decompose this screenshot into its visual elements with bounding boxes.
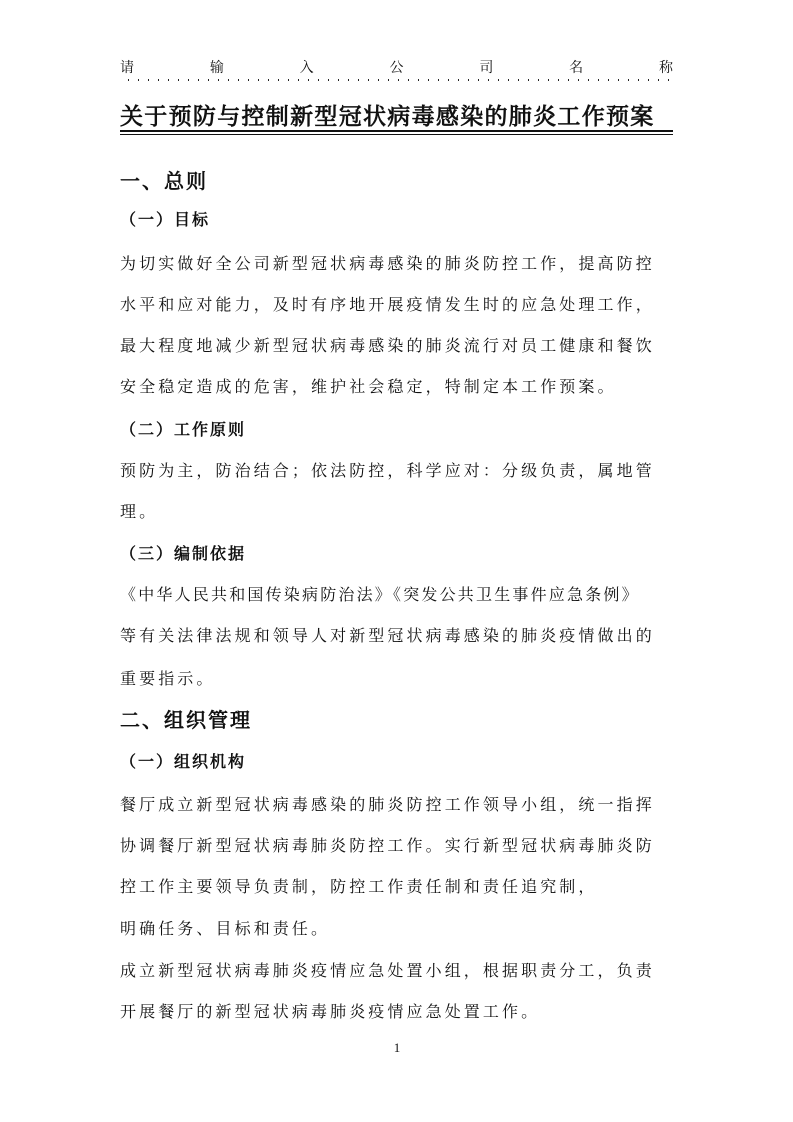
subsection-heading: （一）目标 <box>120 209 210 231</box>
body-line: 理。 <box>120 501 158 523</box>
header-char: 入 <box>300 58 314 78</box>
section-heading: 二、组织管理 <box>120 707 252 733</box>
header-char: 称 <box>659 58 673 78</box>
subsection-heading: （一）组织机构 <box>120 751 246 773</box>
document-title: 关于预防与控制新型冠状病毒感染的肺炎工作预案 <box>120 102 673 132</box>
subsection-heading: （二）工作原则 <box>120 419 246 441</box>
body-line: 安全稳定造成的危害，维护社会稳定，特制定本工作预案。 <box>120 376 617 398</box>
body-line: 协调餐厅新型冠状病毒肺炎防控工作。实行新型冠状病毒肺炎防 <box>120 835 655 857</box>
title-underline-thick <box>120 130 673 132</box>
body-line: 控工作主要领导负责制，防控工作责任制和责任追究制， <box>120 876 598 898</box>
subsection-heading: （三）编制依据 <box>120 543 246 565</box>
page-header-company-name: 请 输 入 公 司 名 称 <box>120 58 673 78</box>
body-line: 明确任务、目标和责任。 <box>120 918 330 940</box>
section-heading: 一、总则 <box>120 168 208 194</box>
header-char: 公 <box>389 58 403 78</box>
body-line: 为切实做好全公司新型冠状病毒感染的肺炎防控工作，提高防控 <box>120 253 655 275</box>
body-line: 重要指示。 <box>120 668 216 690</box>
title-underline-thin <box>120 134 673 135</box>
document-page: 请 输 入 公 司 名 称 关于预防与控制新型冠状病毒感染的肺炎工作预案 一、总… <box>0 0 793 1122</box>
body-line: 预防为主，防治结合；依法防控，科学应对：分级负责，属地管 <box>120 460 655 482</box>
body-line: 水平和应对能力，及时有序地开展疫情发生时的应急处理工作， <box>120 294 655 316</box>
body-line: 《中华人民共和国传染病防治法》《突发公共卫生事件应急条例》 <box>120 584 640 606</box>
page-number: 1 <box>390 1040 404 1056</box>
body-line: 最大程度地减少新型冠状病毒感染的肺炎流行对员工健康和餐饮 <box>120 335 655 357</box>
header-char: 请 <box>120 58 134 78</box>
body-line: 开展餐厅的新型冠状病毒肺炎疫情应急处置工作。 <box>120 1001 540 1023</box>
header-char: 司 <box>479 58 493 78</box>
header-char: 名 <box>569 58 583 78</box>
body-line: 成立新型冠状病毒肺炎疫情应急处置小组，根据职责分工，负责 <box>120 960 655 982</box>
body-line: 等有关法律法规和领导人对新型冠状病毒感染的肺炎疫情做出的 <box>120 625 655 647</box>
header-divider <box>120 79 673 81</box>
body-line: 餐厅成立新型冠状病毒感染的肺炎防控工作领导小组，统一指挥 <box>120 794 655 816</box>
header-char: 输 <box>210 58 224 78</box>
